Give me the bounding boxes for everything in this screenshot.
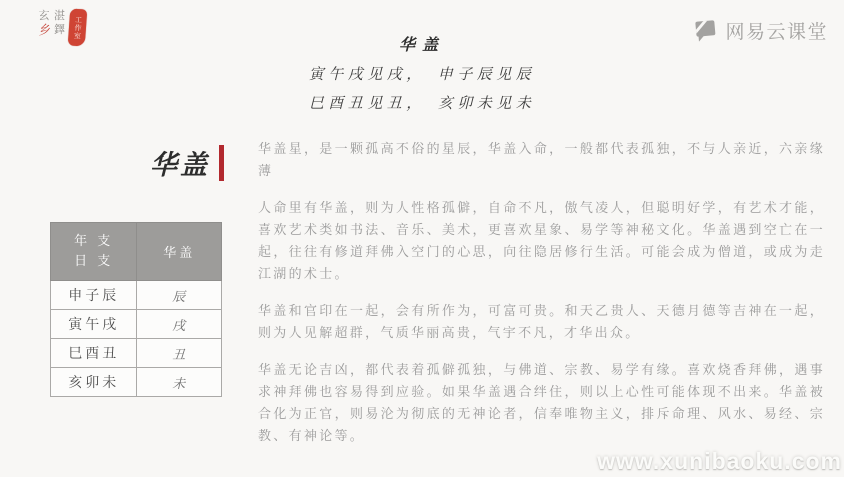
- body-text-block: 华盖星，是一颗孤高不俗的星辰，华盖入命，一般都代表孤独，不与人亲近，六亲缘薄 人…: [258, 139, 825, 463]
- studio-logo-char: 玄: [39, 9, 50, 23]
- huagai-lookup-table: 年 支 日 支 华盖 申子辰 辰 寅午戌 戌 巳酉丑 丑 亥卯未 未: [50, 222, 222, 397]
- paragraph-2: 人命里有华盖，则为人性格孤僻，自命不凡，傲气凌人，但聪明好学，有艺术才能，喜欢艺…: [258, 198, 825, 286]
- table-cell-huagai: 戌: [137, 310, 222, 339]
- table-header-row: 年 支 日 支 华盖: [51, 223, 222, 281]
- slide: 玄 乡 湛 鐸 工作室 网易云课堂 华盖 寅午戌见戌， 申子辰见辰 巳酉丑见丑，…: [0, 0, 844, 477]
- table-cell-branches: 申子辰: [51, 281, 137, 310]
- table-cell-branches: 巳酉丑: [51, 339, 137, 368]
- section-title-block: 华盖: [150, 143, 224, 182]
- section-title: 华盖: [150, 143, 210, 182]
- table-row: 寅午戌 戌: [51, 310, 222, 339]
- table-cell-branches: 亥卯未: [51, 368, 137, 397]
- table-row: 亥卯未 未: [51, 368, 222, 397]
- intro-block: 华盖 寅午戌见戌， 申子辰见辰 巳酉丑见丑， 亥卯未见未: [0, 32, 844, 113]
- table-header-branches: 年 支 日 支: [51, 223, 137, 281]
- paragraph-1: 华盖星，是一颗孤高不俗的星辰，华盖入命，一般都代表孤独，不与人亲近，六亲缘薄: [258, 139, 825, 183]
- table-cell-branches: 寅午戌: [51, 310, 137, 339]
- table-header-huagai: 华盖: [137, 223, 222, 281]
- table-cell-huagai: 未: [137, 368, 222, 397]
- table-row: 申子辰 辰: [51, 281, 222, 310]
- intro-formula-line-2: 巳酉丑见丑， 亥卯未见未: [0, 92, 844, 113]
- table-header-year-branch: 年 支: [52, 232, 135, 252]
- red-accent-bar: [219, 145, 224, 181]
- intro-title: 华盖: [0, 32, 844, 55]
- table-cell-huagai: 辰: [137, 281, 222, 310]
- paragraph-3: 华盖和官印在一起，会有所作为，可富可贵。和天乙贵人、天德月德等吉神在一起，则为人…: [258, 301, 825, 345]
- site-watermark: www.xunibaoku.com: [597, 448, 842, 475]
- table-cell-huagai: 丑: [137, 339, 222, 368]
- studio-logo-char: 湛: [54, 9, 65, 23]
- table-header-day-branch: 日 支: [52, 252, 135, 272]
- intro-formula-line-1: 寅午戌见戌， 申子辰见辰: [0, 63, 844, 84]
- paragraph-4: 华盖无论吉凶，都代表着孤僻孤独，与佛道、宗教、易学有缘。喜欢烧香拜佛，遇事求神拜…: [258, 360, 825, 448]
- table-row: 巳酉丑 丑: [51, 339, 222, 368]
